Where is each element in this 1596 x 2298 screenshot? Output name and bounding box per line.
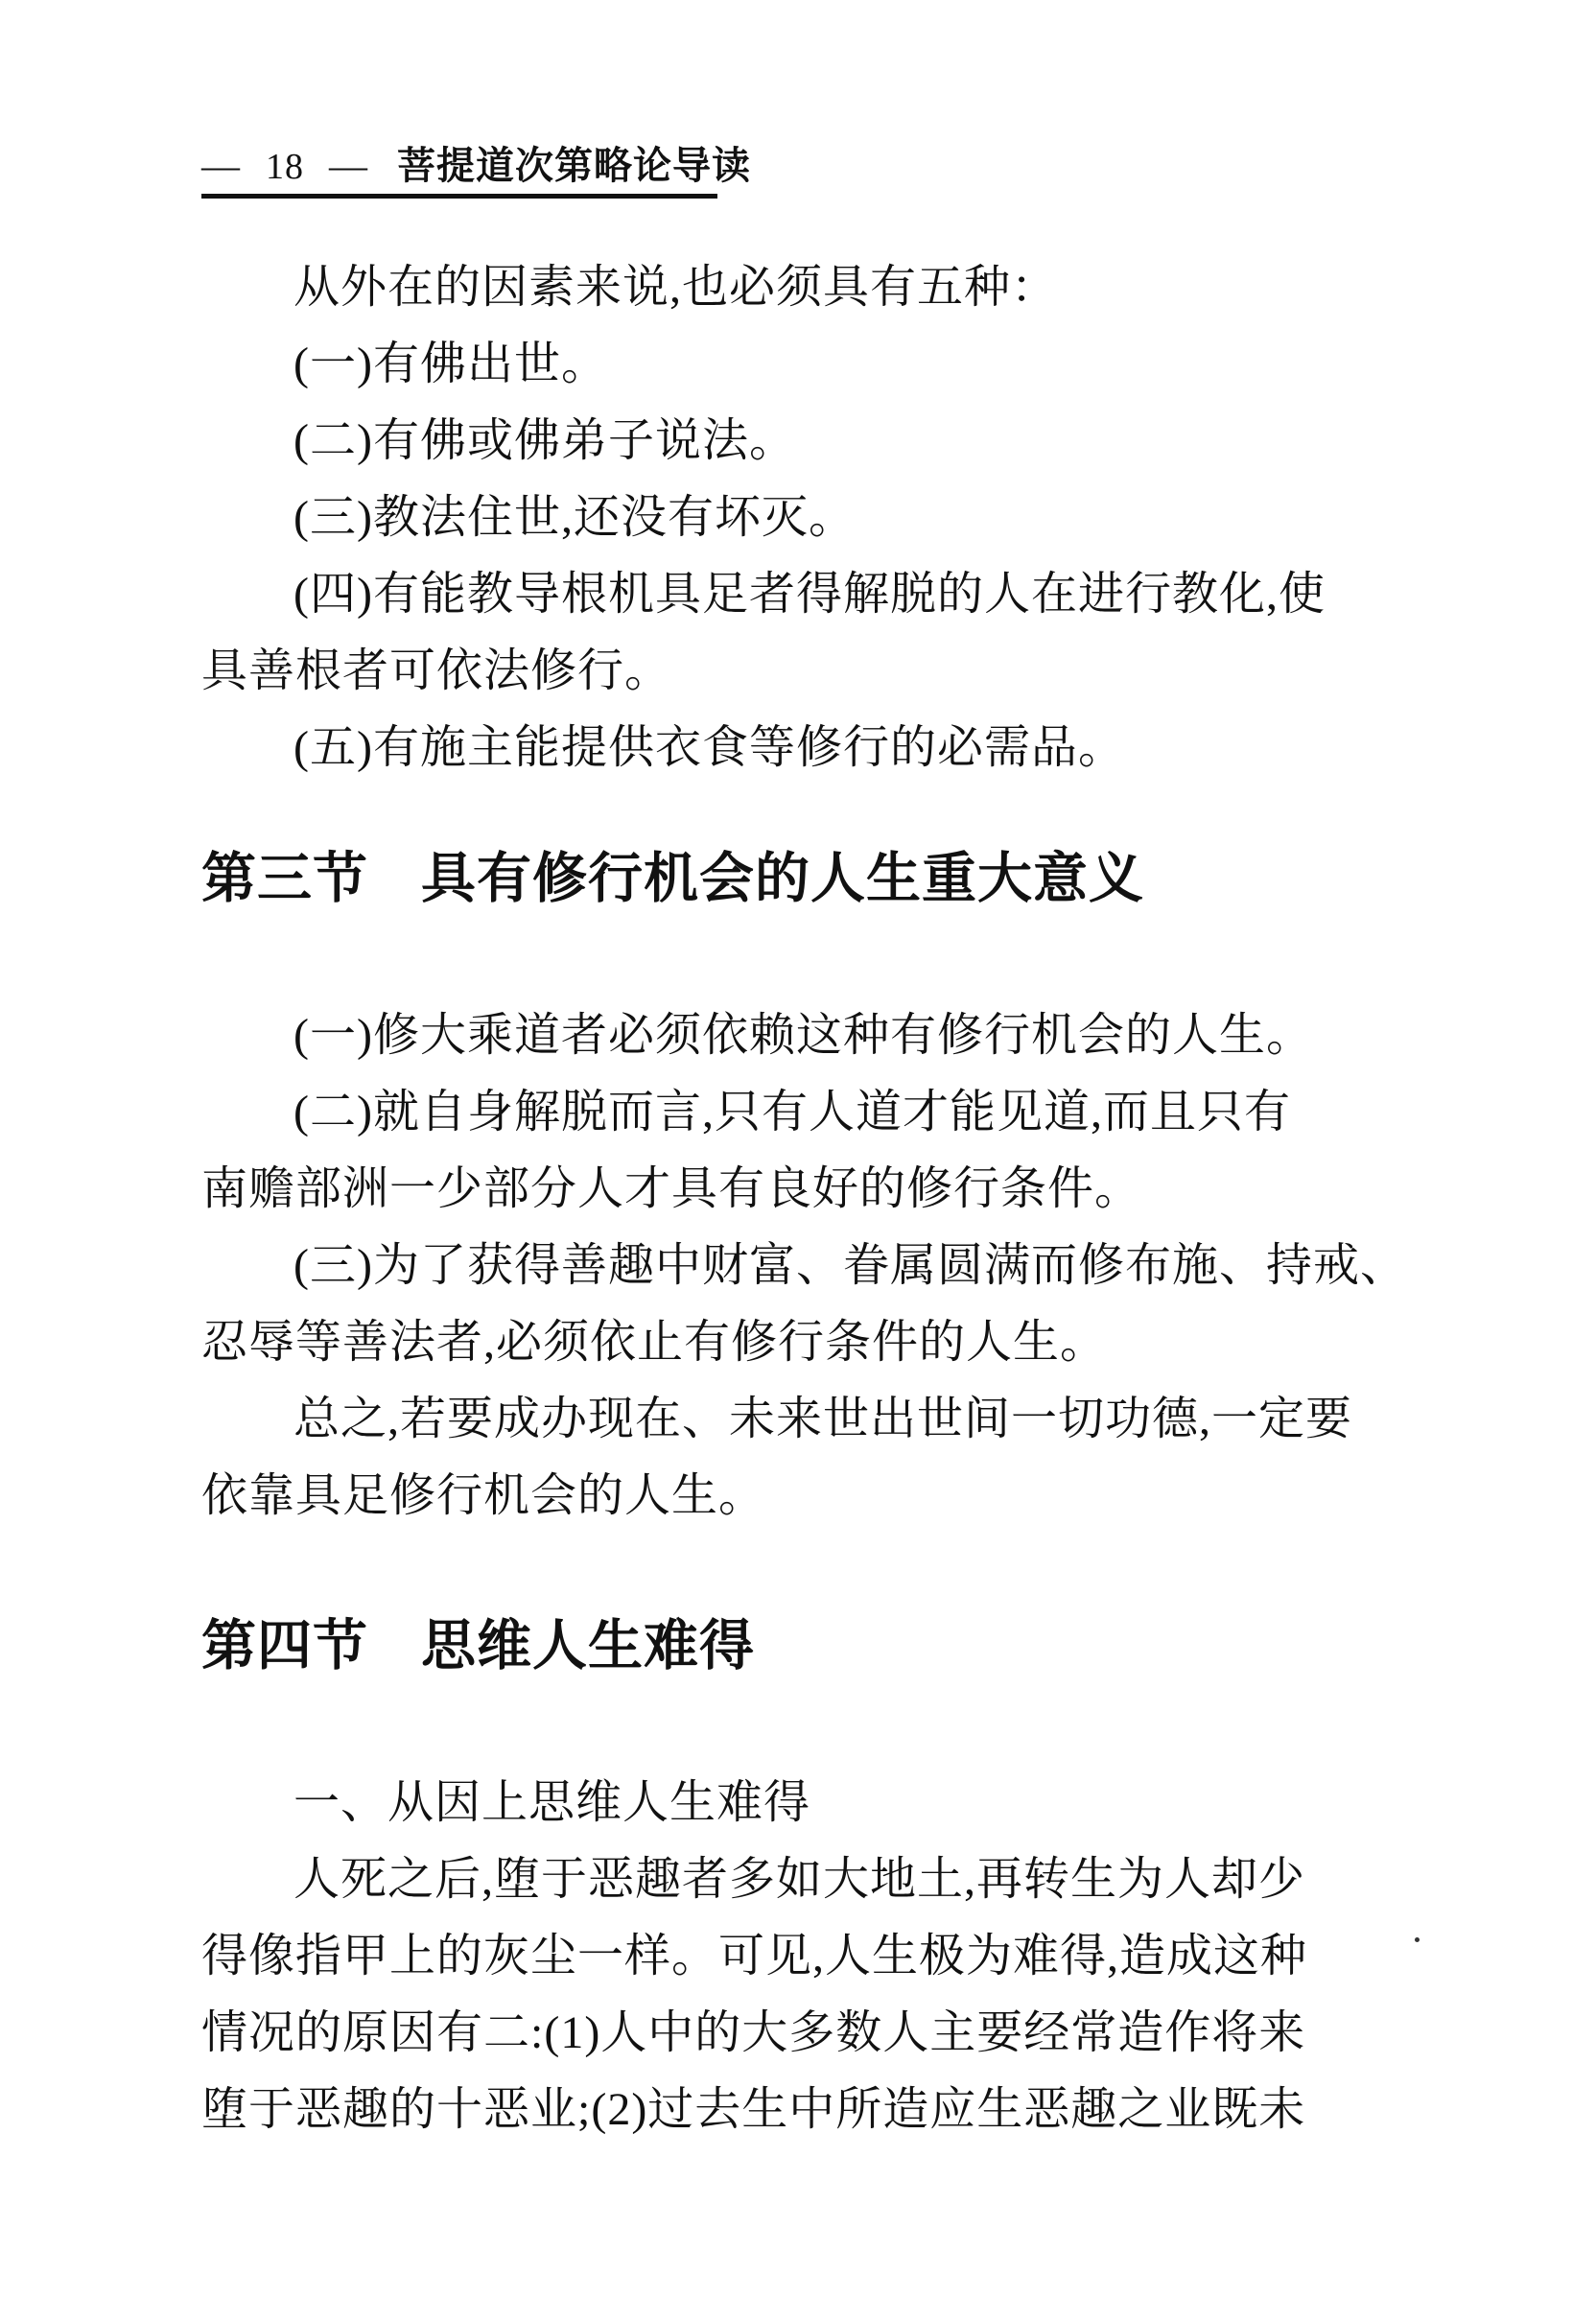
section-heading-4: 第四节思维人生难得 <box>201 1604 1386 1688</box>
text-line-s3p2a: (二)就自身解脱而言,只有人道才能见道,而且只有 <box>201 1074 1386 1151</box>
text-line-item3: (三)教法住世,还没有坏灭。 <box>201 480 1386 556</box>
book-title: 菩提道次第略论导读 <box>397 144 751 188</box>
text-line-s4p1a: 人死之后,堕于恶趣者多如大地土,再转生为人却少 <box>201 1841 1386 1918</box>
text-line-item5: (五)有施主能提供衣食等修行的必需品。 <box>201 710 1386 786</box>
section-3-title: 具有修行机会的人生重大意义 <box>421 848 1144 909</box>
text-line-item2: (二)有佛或佛弟子说法。 <box>201 403 1386 480</box>
section-4-title: 思维人生难得 <box>421 1615 755 1677</box>
text-line-s4p1b: 得像指甲上的灰尘一样。可见,人生极为难得,造成这种 <box>201 1918 1386 1995</box>
page-number: 18 <box>266 145 304 189</box>
section-heading-3: 第三节具有修行机会的人生重大意义 <box>201 836 1386 921</box>
section-3-label: 第三节 <box>201 848 368 909</box>
text-line-item1: (一)有佛出世。 <box>201 326 1386 403</box>
text-column: 从外在的因素来说,也必须具有五种： (一)有佛出世。 (二)有佛或佛弟子说法。 … <box>201 249 1386 2148</box>
text-line-s4sub: 一、从因上思维人生难得 <box>201 1765 1386 1841</box>
running-head: —18—菩提道次第略论导读 <box>201 144 739 189</box>
text-line-s3p2b: 南赡部洲一少部分人才具有良好的修行条件。 <box>201 1151 1386 1228</box>
text-line-s4p1d: 堕于恶趣的十恶业;(2)过去生中所造应生恶趣之业既未 <box>201 2072 1386 2148</box>
text-line-s3p3a: (三)为了获得善趣中财富、眷属圆满而修布施、持戒、 <box>201 1228 1386 1304</box>
text-line-s3p4b: 依靠具足修行机会的人生。 <box>201 1458 1386 1535</box>
text-line-item4a: (四)有能教导根机具足者得解脱的人在进行教化,使 <box>201 556 1386 633</box>
text-line-s3p1: (一)修大乘道者必须依赖这种有修行机会的人生。 <box>201 997 1386 1074</box>
text-line-s4p1c: 情况的原因有二:(1)人中的大多数人主要经常造作将来 <box>201 1995 1386 2072</box>
section-4-label: 第四节 <box>201 1615 368 1677</box>
text-line-item4b: 具善根者可依法修行。 <box>201 633 1386 710</box>
header-dash-right: — <box>329 144 368 188</box>
header-dash-left: — <box>201 144 241 188</box>
page-header: —18—菩提道次第略论导读 <box>201 144 739 199</box>
text-line-intro: 从外在的因素来说,也必须具有五种： <box>201 249 1386 326</box>
text-line-s3p4a: 总之,若要成办现在、未来世出世间一切功德,一定要 <box>201 1381 1386 1458</box>
text-line-s3p3b: 忍辱等善法者,必须依止有修行条件的人生。 <box>201 1304 1386 1381</box>
header-rule <box>201 194 717 199</box>
book-page: —18—菩提道次第略论导读 从外在的因素来说,也必须具有五种： (一)有佛出世。… <box>0 0 1596 2298</box>
scan-speck <box>1415 1937 1420 1942</box>
